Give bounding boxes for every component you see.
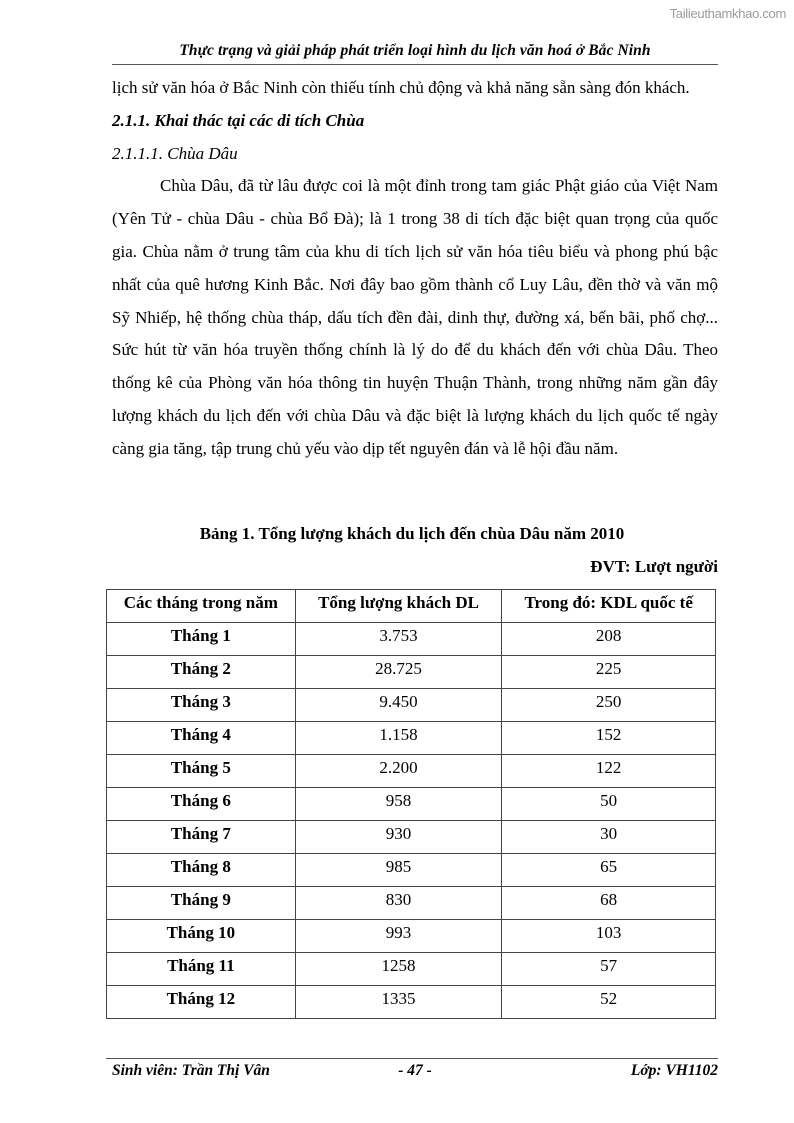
total-visitors-cell: 3.753 <box>295 623 502 656</box>
total-visitors-cell: 28.725 <box>295 656 502 689</box>
international-visitors-cell: 250 <box>502 689 716 722</box>
total-visitors-cell: 830 <box>295 887 502 920</box>
month-cell: Tháng 6 <box>107 788 296 821</box>
month-cell: Tháng 9 <box>107 887 296 920</box>
international-visitors-cell: 103 <box>502 920 716 953</box>
total-visitors-cell: 930 <box>295 821 502 854</box>
total-visitors-cell: 985 <box>295 854 502 887</box>
total-visitors-cell: 1335 <box>295 986 502 1019</box>
month-cell: Tháng 7 <box>107 821 296 854</box>
month-cell: Tháng 8 <box>107 854 296 887</box>
table-row: Tháng 12133552 <box>107 986 716 1019</box>
column-header: Trong đó: KDL quốc tế <box>502 590 716 623</box>
continuation-paragraph: lịch sử văn hóa ở Bắc Ninh còn thiếu tín… <box>112 72 718 105</box>
table-row: Tháng 39.450250 <box>107 689 716 722</box>
table-row: Tháng 41.158152 <box>107 722 716 755</box>
table-row: Tháng 983068 <box>107 887 716 920</box>
international-visitors-cell: 122 <box>502 755 716 788</box>
total-visitors-cell: 958 <box>295 788 502 821</box>
table-unit: ĐVT: Lượt người <box>106 557 718 577</box>
column-header: Tổng lượng khách DL <box>295 590 502 623</box>
visitor-table: Các tháng trong năm Tổng lượng khách DL … <box>106 589 716 1019</box>
international-visitors-cell: 152 <box>502 722 716 755</box>
international-visitors-cell: 57 <box>502 953 716 986</box>
body-paragraph: Chùa Dâu, đã từ lâu được coi là một đỉnh… <box>112 170 718 465</box>
table-header-row: Các tháng trong năm Tổng lượng khách DL … <box>107 590 716 623</box>
table-row: Tháng 10993103 <box>107 920 716 953</box>
total-visitors-cell: 1.158 <box>295 722 502 755</box>
total-visitors-cell: 2.200 <box>295 755 502 788</box>
month-cell: Tháng 1 <box>107 623 296 656</box>
subsection-heading: 2.1.1.1. Chùa Dâu <box>112 138 718 171</box>
section-heading: 2.1.1. Khai thác tại các di tích Chùa <box>112 105 718 138</box>
month-cell: Tháng 11 <box>107 953 296 986</box>
total-visitors-cell: 993 <box>295 920 502 953</box>
international-visitors-cell: 208 <box>502 623 716 656</box>
table-row: Tháng 11125857 <box>107 953 716 986</box>
month-cell: Tháng 4 <box>107 722 296 755</box>
footer-rule <box>106 1058 718 1059</box>
table-title: Bảng 1. Tổng lượng khách du lịch đến chù… <box>106 524 718 544</box>
footer-class: Lớp: VH1102 <box>631 1062 718 1080</box>
month-cell: Tháng 3 <box>107 689 296 722</box>
document-body: lịch sử văn hóa ở Bắc Ninh còn thiếu tín… <box>112 72 718 466</box>
table-row: Tháng 13.753208 <box>107 623 716 656</box>
total-visitors-cell: 1258 <box>295 953 502 986</box>
table-row: Tháng 793030 <box>107 821 716 854</box>
month-cell: Tháng 2 <box>107 656 296 689</box>
month-cell: Tháng 5 <box>107 755 296 788</box>
international-visitors-cell: 68 <box>502 887 716 920</box>
total-visitors-cell: 9.450 <box>295 689 502 722</box>
table-row: Tháng 228.725225 <box>107 656 716 689</box>
running-header: Thực trạng và giải pháp phát triển loại … <box>112 42 718 60</box>
page-footer: Sinh viên: Trần Thị Vân - 47 - Lớp: VH11… <box>112 1062 718 1082</box>
header-rule <box>112 64 718 65</box>
international-visitors-cell: 65 <box>502 854 716 887</box>
column-header: Các tháng trong năm <box>107 590 296 623</box>
page-number: - 47 - <box>112 1062 718 1080</box>
table-row: Tháng 52.200122 <box>107 755 716 788</box>
international-visitors-cell: 50 <box>502 788 716 821</box>
international-visitors-cell: 52 <box>502 986 716 1019</box>
watermark: Tailieuthamkhao.com <box>670 6 786 21</box>
table-row: Tháng 695850 <box>107 788 716 821</box>
international-visitors-cell: 225 <box>502 656 716 689</box>
month-cell: Tháng 12 <box>107 986 296 1019</box>
international-visitors-cell: 30 <box>502 821 716 854</box>
month-cell: Tháng 10 <box>107 920 296 953</box>
table-row: Tháng 898565 <box>107 854 716 887</box>
